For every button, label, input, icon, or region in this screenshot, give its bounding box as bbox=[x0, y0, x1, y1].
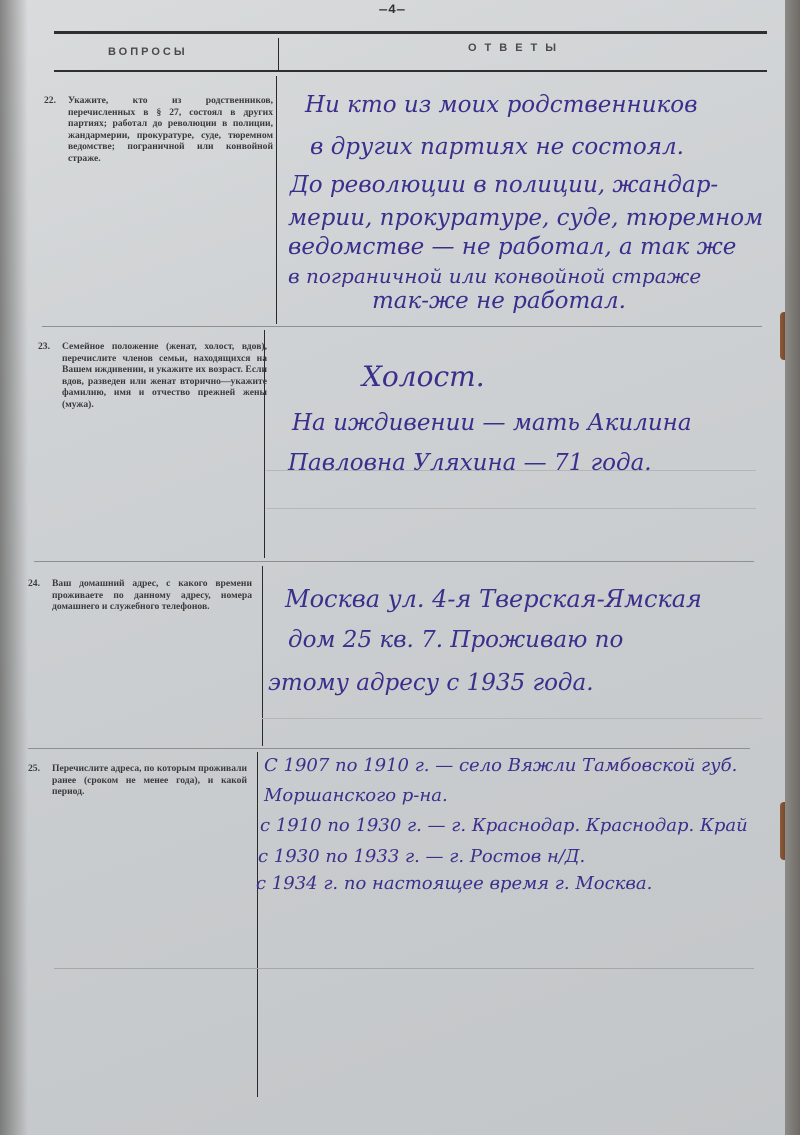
answer-line: в других партиях не состоял. bbox=[310, 134, 684, 160]
question-text: Перечислите адреса, по которым проживали… bbox=[52, 763, 247, 797]
answer-line: с 1910 по 1930 г. — г. Краснодар. Красно… bbox=[260, 815, 748, 836]
question-24: 24. Ваш домашний адрес, с какого времени… bbox=[52, 578, 252, 613]
questionnaire-page: —4— ВОПРОСЫ ОТВЕТЫ 22. Укажите, кто из р… bbox=[0, 0, 785, 1135]
answer-line: с 1934 г. по настоящее время г. Москва. bbox=[256, 873, 652, 894]
question-22: 22. Укажите, кто из родственников, переч… bbox=[68, 95, 273, 165]
column-divider-1 bbox=[276, 76, 277, 324]
page-edge bbox=[785, 0, 800, 1135]
answer-line: До революции в полиции, жандар- bbox=[290, 172, 718, 198]
question-text: Семейное положение (женат, холост, вдов)… bbox=[62, 341, 267, 410]
row-separator-25 bbox=[54, 968, 754, 969]
column-divider-3 bbox=[262, 566, 263, 746]
answer-line: Ни кто из моих родственников bbox=[305, 92, 697, 118]
questions-column-header: ВОПРОСЫ bbox=[108, 46, 188, 58]
header-bottom-rule bbox=[54, 70, 767, 72]
column-divider-4 bbox=[257, 752, 258, 1097]
answer-line: дом 25 кв. 7. Проживаю по bbox=[288, 627, 623, 653]
answers-column-header: ОТВЕТЫ bbox=[468, 42, 564, 54]
question-number: 24. bbox=[28, 578, 40, 590]
answer-line: этому адресу с 1935 года. bbox=[268, 670, 594, 696]
answer-line: С 1907 по 1910 г. — село Вяжли Тамбовско… bbox=[264, 755, 737, 776]
answer-line: так-же не работал. bbox=[372, 288, 626, 314]
question-text: Ваш домашний адрес, с какого времени про… bbox=[52, 578, 252, 612]
answer-line: Павловна Уляхина — 71 года. bbox=[288, 450, 652, 476]
question-number: 25. bbox=[28, 763, 40, 775]
question-text: Укажите, кто из родственников, перечисле… bbox=[68, 95, 273, 164]
answer-line: ведомстве — не работал, а так же bbox=[288, 234, 736, 260]
question-25: 25. Перечислите адреса, по которым прожи… bbox=[52, 763, 247, 798]
answer-line: На иждивении — мать Акилина bbox=[292, 410, 692, 436]
row-separator-22 bbox=[42, 326, 762, 327]
question-number: 23. bbox=[38, 341, 50, 353]
page-shadow bbox=[0, 0, 28, 1135]
row-separator-23 bbox=[34, 561, 754, 562]
guide-line bbox=[262, 718, 762, 719]
answer-line: Москва ул. 4-я Тверская-Ямская bbox=[285, 585, 702, 613]
guide-line bbox=[266, 508, 756, 509]
answer-line: с 1930 по 1933 г. — г. Ростов н/Д. bbox=[258, 846, 585, 867]
question-23: 23. Семейное положение (женат, холост, в… bbox=[62, 341, 267, 411]
row-separator-24 bbox=[28, 748, 750, 749]
answer-line: Моршанского р-на. bbox=[264, 785, 448, 806]
header-divider bbox=[278, 38, 279, 70]
answer-line: мерии, прокуратуре, суде, тюремном bbox=[288, 205, 763, 231]
answer-line: Холост. bbox=[362, 360, 485, 393]
question-number: 22. bbox=[44, 95, 56, 107]
page-number: —4— bbox=[0, 2, 785, 17]
answer-line: в пограничной или конвойной страже bbox=[288, 264, 701, 288]
header-top-rule bbox=[54, 31, 767, 34]
